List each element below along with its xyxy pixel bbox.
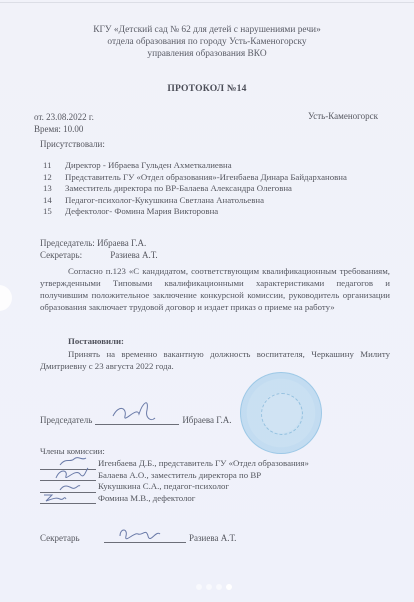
item-text: Дефектолог- Фомина Мария Викторовна xyxy=(65,206,355,218)
chair-row: Председатель: Ибраева Г.А. xyxy=(40,237,158,249)
member-row: Кукушкина С.А., педагог-психолог xyxy=(40,481,309,493)
chair-signature-row: Председатель Ибраева Г.А. xyxy=(40,410,231,425)
stamp-emblem xyxy=(261,393,303,435)
resolved-label: Постановили: xyxy=(68,336,124,346)
item-number: 14 xyxy=(43,195,65,207)
signature-icon xyxy=(109,396,159,424)
item-text: Директор - Ибраева Гульден Ахметкалиевна xyxy=(65,160,355,172)
secretary-sign-name: Разиева А.Т. xyxy=(189,533,236,543)
city: Усть-Каменогорск xyxy=(308,111,378,121)
item-number: 11 xyxy=(43,160,65,172)
carousel-dot-2[interactable] xyxy=(206,584,212,590)
item-text: Педагог-психолог-Кукушкина Светлана Анат… xyxy=(65,195,355,207)
item-number: 12 xyxy=(43,172,65,184)
member-text: Кукушкина С.А., педагог-психолог xyxy=(98,481,229,493)
chair-sign-name: Ибраева Г.А. xyxy=(182,415,231,425)
signature-icon xyxy=(58,480,82,492)
member-text: Балаева А.О., заместитель директора по В… xyxy=(98,470,261,482)
date: от. 23.08.2022 г. xyxy=(34,111,94,123)
members-list: Игенбаева Д.Б., представитель ГУ «Отдел … xyxy=(40,458,309,504)
date-block: от. 23.08.2022 г. Время: 10.00 xyxy=(34,111,94,135)
item-number: 13 xyxy=(43,183,65,195)
signature-line xyxy=(104,530,186,543)
secretary-sign-label: Секретарь xyxy=(40,533,104,543)
item-number: 15 xyxy=(43,206,65,218)
secretary-label: Секретарь: xyxy=(40,249,108,261)
regulation-paragraph: Согласно п.123 «С кандидатом, соответств… xyxy=(40,265,390,313)
document-title: ПРОТОКОЛ №14 xyxy=(0,83,414,94)
chair-name: Ибраева Г.А. xyxy=(97,238,146,248)
signature-icon xyxy=(54,466,90,480)
list-item: 15 Дефектолог- Фомина Мария Викторовна xyxy=(43,206,355,218)
secretary-row: Секретарь: Разиева А.Т. xyxy=(40,249,158,261)
item-text: Представитель ГУ «Отдел образования»-Иге… xyxy=(65,172,355,184)
time: Время: 10.00 xyxy=(34,123,94,135)
signature-icon xyxy=(118,526,162,540)
header-line: управления образования ВКО xyxy=(0,48,414,60)
member-row: Фомина М.В., дефектолог xyxy=(40,493,309,505)
carousel-dot-3[interactable] xyxy=(216,584,222,590)
document-page: КГУ «Детский сад № 62 для детей с наруше… xyxy=(0,0,414,602)
list-item: 11 Директор - Ибраева Гульден Ахметкалие… xyxy=(43,160,355,172)
page-edge xyxy=(0,2,414,3)
carousel-dot-1[interactable] xyxy=(196,584,202,590)
present-label: Присутствовали: xyxy=(40,139,105,149)
list-item: 14 Педагог-психолог-Кукушкина Светлана А… xyxy=(43,195,355,207)
chair-sign-label: Председатель xyxy=(40,415,92,425)
list-item: 12 Представитель ГУ «Отдел образования»-… xyxy=(43,172,355,184)
item-text: Заместитель директора по ВР-Балаева Алек… xyxy=(65,183,355,195)
member-text: Фомина М.В., дефектолог xyxy=(98,493,195,505)
secretary-name: Разиева А.Т. xyxy=(110,250,157,260)
document-header: КГУ «Детский сад № 62 для детей с наруше… xyxy=(0,24,414,60)
carousel-pagination xyxy=(196,584,232,590)
list-item: 13 Заместитель директора по ВР-Балаева А… xyxy=(43,183,355,195)
decision-text: Принять на временно вакантную должность … xyxy=(40,348,390,372)
chair-label: Председатель: xyxy=(40,238,95,248)
signature-line xyxy=(40,493,96,504)
signature-line xyxy=(95,410,179,425)
official-stamp xyxy=(240,372,322,454)
header-line: отдела образования по городу Усть-Камено… xyxy=(0,36,414,48)
carousel-dot-4-active[interactable] xyxy=(226,584,232,590)
roles-block: Председатель: Ибраева Г.А. Секретарь: Ра… xyxy=(40,237,158,261)
header-line: КГУ «Детский сад № 62 для детей с наруше… xyxy=(0,24,414,36)
signature-icon xyxy=(42,491,68,503)
member-text: Игенбаева Д.Б., представитель ГУ «Отдел … xyxy=(98,458,309,470)
attendee-list: 11 Директор - Ибраева Гульден Ахметкалие… xyxy=(43,160,355,218)
secretary-signature-row: Секретарь Разиева А.Т. xyxy=(40,530,236,543)
signature-icon xyxy=(58,455,88,467)
